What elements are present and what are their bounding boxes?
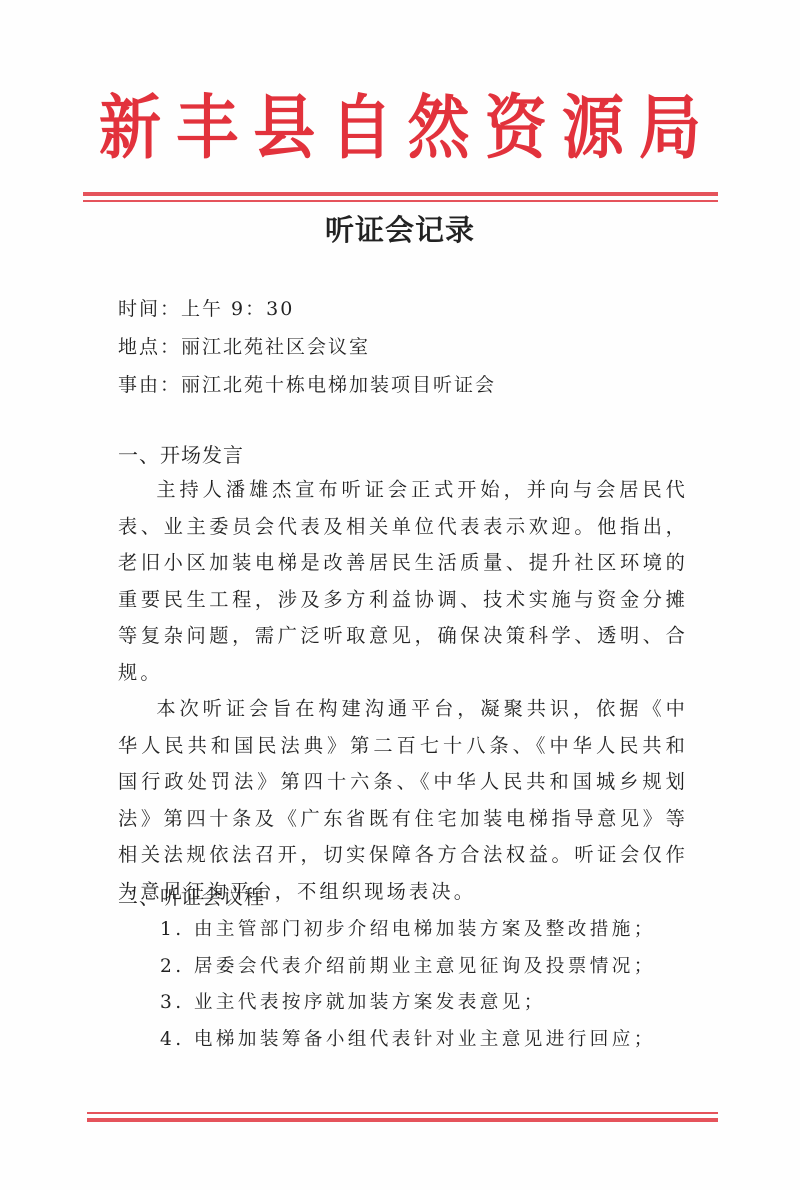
meta-label: 时间：: [118, 298, 181, 320]
letterhead-char: 局: [635, 93, 705, 162]
meta-time: 时间：上午 9：30: [118, 290, 496, 328]
agenda-item: 4. 电梯加装筹备小组代表针对业主意见进行回应；: [160, 1022, 656, 1059]
organization-letterhead: 新 丰 县 自 然 资 源 局: [95, 88, 705, 168]
letterhead-char: 丰: [172, 93, 242, 162]
meta-subject: 事由：丽江北苑十栋电梯加装项目听证会: [118, 366, 496, 404]
paragraph: 本次听证会旨在构建沟通平台，凝聚共识，依据《中华人民共和国民法典》第二百七十八条…: [118, 691, 688, 910]
meta-label: 地点：: [118, 336, 181, 358]
letterhead-char: 新: [95, 93, 165, 162]
agenda-item: 3. 业主代表按序就加装方案发表意见；: [160, 985, 656, 1022]
header-rule-thin: [83, 200, 718, 202]
section-opening-body: 主持人潘雄杰宣布听证会正式开始，并向与会居民代表、业主委员会代表及相关单位代表表…: [118, 472, 688, 910]
meta-value: 丽江北苑十栋电梯加装项目听证会: [181, 374, 496, 396]
footer-rule-thin: [87, 1112, 718, 1114]
letterhead-char: 资: [481, 93, 551, 162]
letterhead-char: 自: [326, 93, 396, 162]
section-heading-agenda: 二、听证会议程: [118, 881, 265, 910]
meta-location: 地点：丽江北苑社区会议室: [118, 328, 496, 366]
agenda-item: 1. 由主管部门初步介绍电梯加装方案及整改措施；: [160, 912, 656, 949]
letterhead-char: 源: [558, 93, 628, 162]
section-heading-opening: 一、开场发言: [118, 439, 244, 468]
footer-rule-thick: [87, 1118, 718, 1122]
meta-value: 上午 9：30: [181, 298, 294, 320]
document-title: 听证会记录: [0, 208, 800, 249]
letterhead-char: 县: [249, 93, 319, 162]
paragraph: 主持人潘雄杰宣布听证会正式开始，并向与会居民代表、业主委员会代表及相关单位代表表…: [118, 472, 688, 691]
meeting-meta: 时间：上午 9：30 地点：丽江北苑社区会议室 事由：丽江北苑十栋电梯加装项目听…: [118, 290, 496, 404]
agenda-item: 2. 居委会代表介绍前期业主意见征询及投票情况；: [160, 949, 656, 986]
header-rule-thick: [83, 192, 718, 196]
letterhead-char: 然: [404, 93, 474, 162]
meta-value: 丽江北苑社区会议室: [181, 336, 370, 358]
agenda-list: 1. 由主管部门初步介绍电梯加装方案及整改措施； 2. 居委会代表介绍前期业主意…: [160, 912, 656, 1058]
meta-label: 事由：: [118, 374, 181, 396]
document-page: 新 丰 县 自 然 资 源 局 听证会记录 时间：上午 9：30 地点：丽江北苑…: [0, 0, 800, 1190]
